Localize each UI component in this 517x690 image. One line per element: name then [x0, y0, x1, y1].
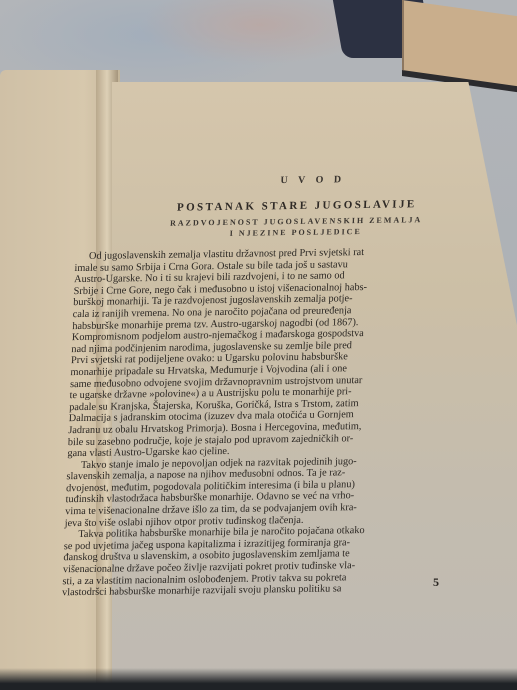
page-number: 5 [433, 575, 439, 590]
paragraph-3: Takva politika habsburške monarhije bila… [62, 524, 445, 599]
bottom-shadow [0, 668, 517, 690]
body-text: Od jugoslavenskih zemalja vlastitu držav… [62, 246, 455, 599]
page-text: U V O D POSTANAK STARE JUGOSLAVIJE RAZDV… [62, 173, 458, 599]
paragraph-1: Od jugoslavenskih zemalja vlastitu držav… [67, 246, 455, 460]
paragraph-2: Takvo stanje imalo je nepovoljan odjek n… [64, 455, 447, 530]
chapter-subtitle: RAZDVOJENOST JUGOSLAVENSKIH ZEMALJA I NJ… [136, 214, 457, 240]
chapter-title: POSTANAK STARE JUGOSLAVIJE [137, 198, 457, 214]
